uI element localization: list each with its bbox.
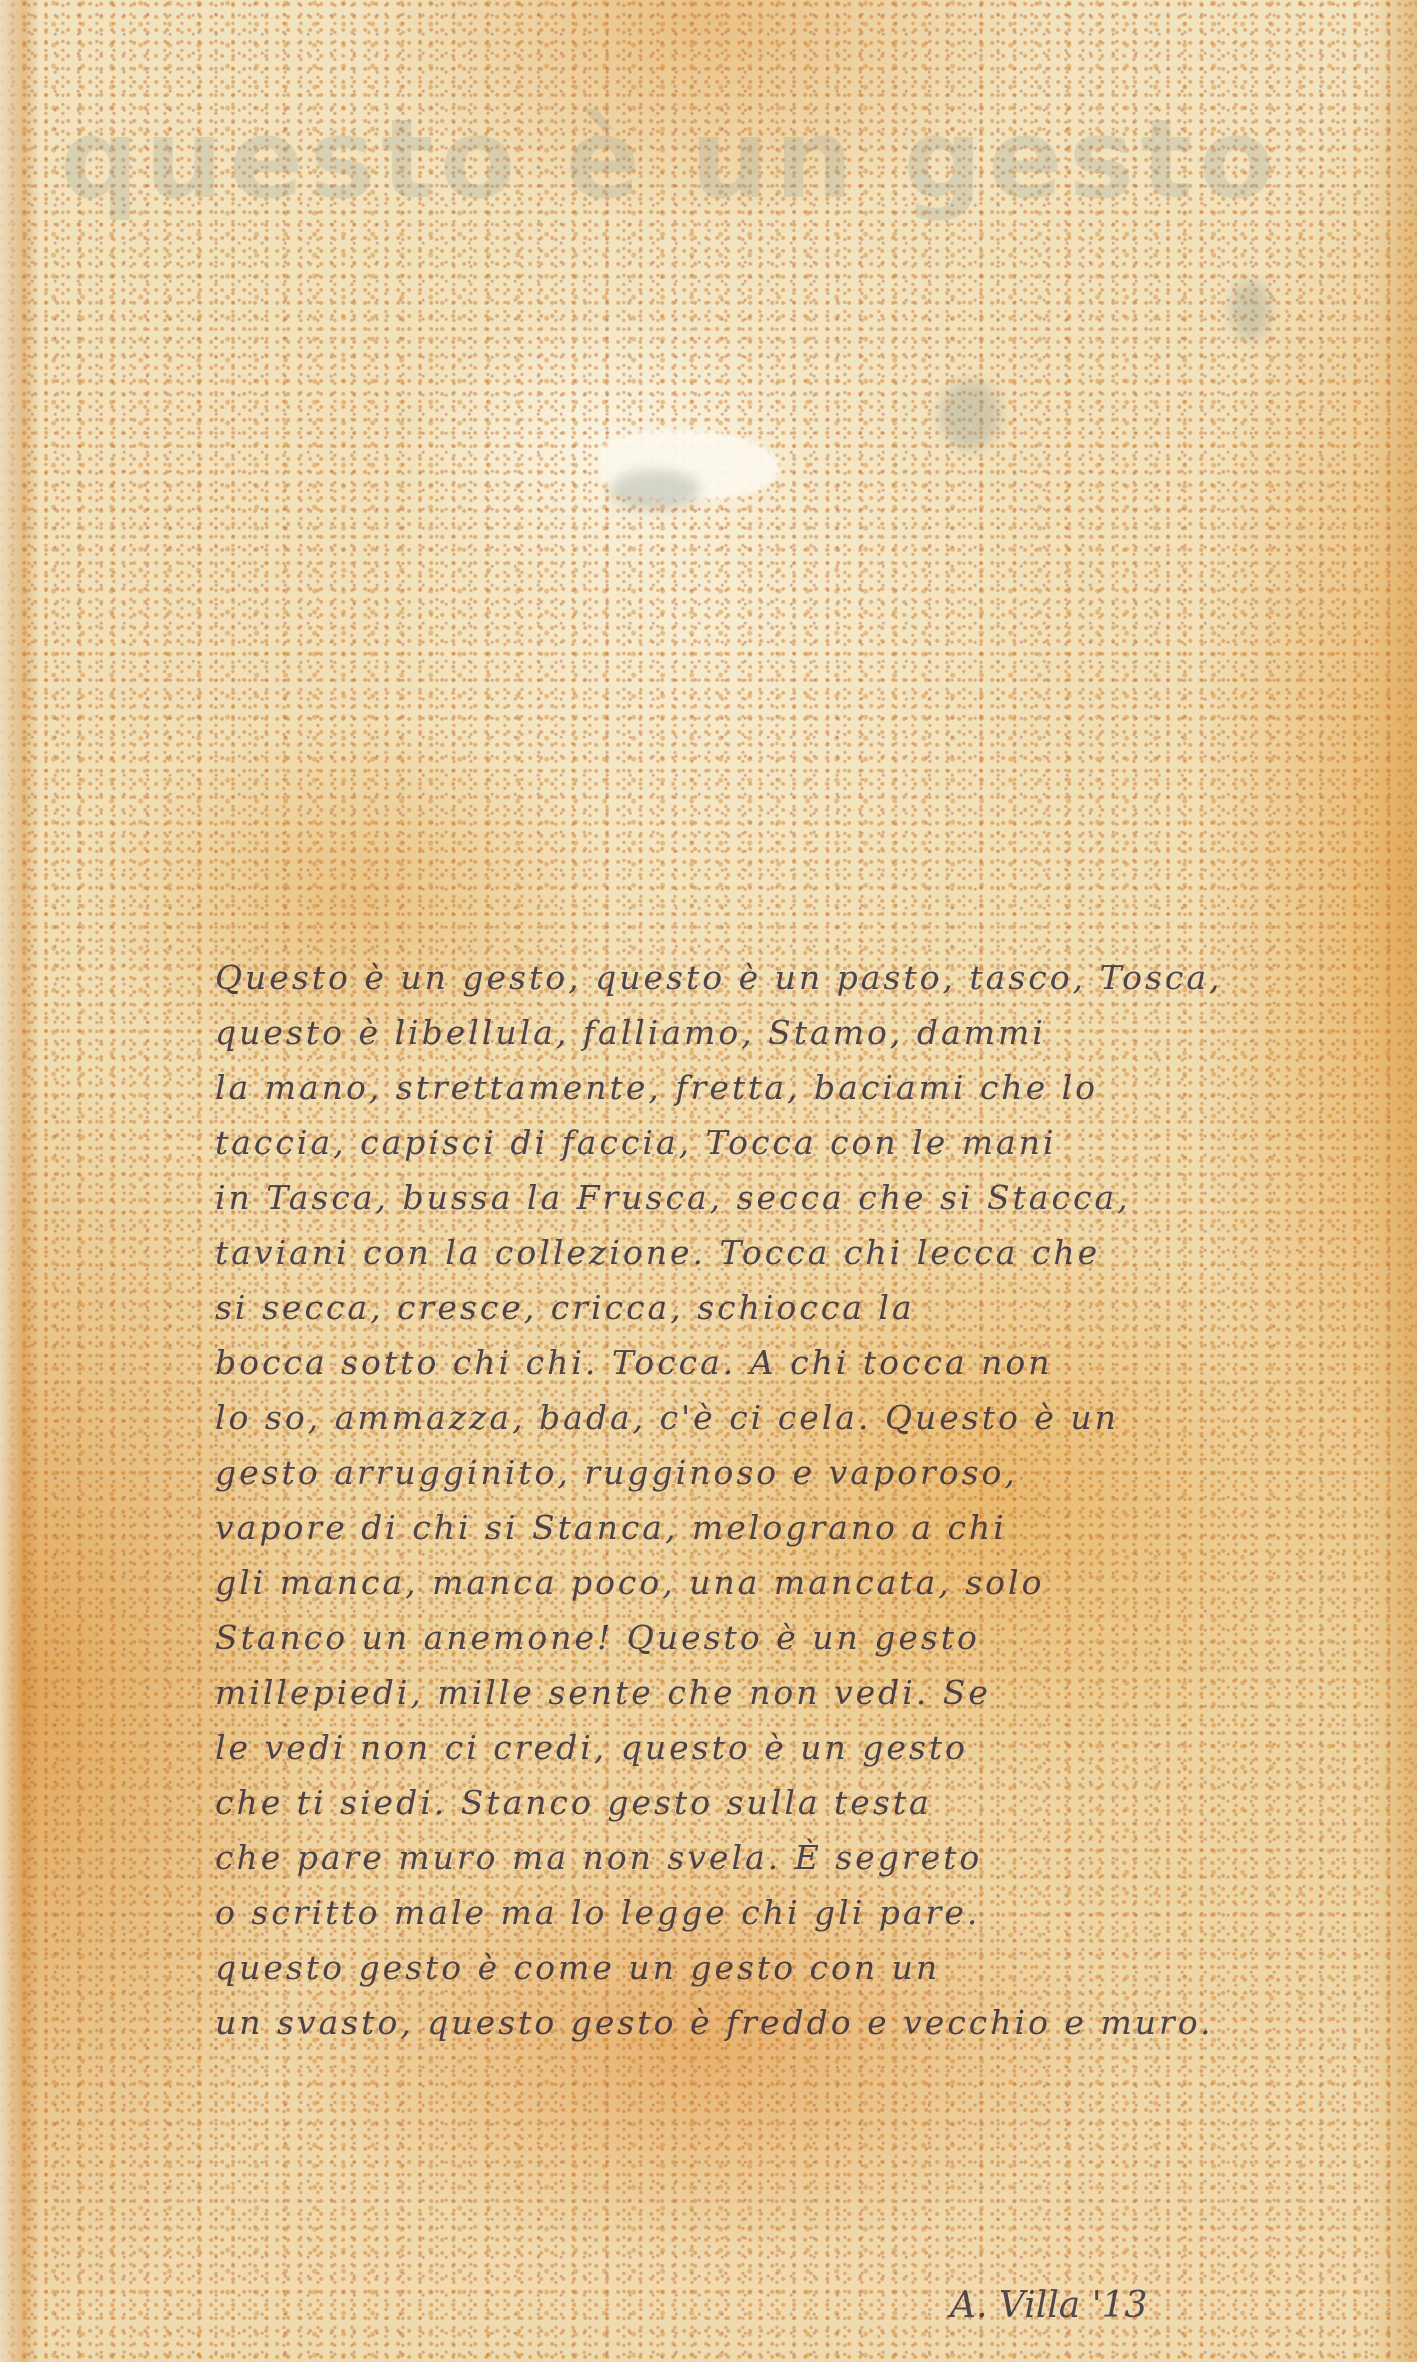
poem-line: questo gesto è come un gesto con un xyxy=(215,1940,1265,1995)
poem-line: millepiedi, mille sente che non vedi. Se xyxy=(215,1665,1265,1720)
faded-stencil-title: questo è un gesto xyxy=(60,95,1280,223)
poem-line: bocca sotto chi chi. Tocca. A chi tocca … xyxy=(215,1335,1265,1390)
poem-line: questo è libellula, falliamo, Stamo, dam… xyxy=(215,1005,1265,1060)
right-edge-stain xyxy=(1367,0,1417,2362)
handwritten-poem: Questo è un gesto, questo è un pasto, ta… xyxy=(215,950,1265,2050)
poem-line: Questo è un gesto, questo è un pasto, ta… xyxy=(215,950,1265,1005)
left-edge-stain xyxy=(0,0,40,2362)
poem-line: che pare muro ma non svela. È segreto xyxy=(215,1830,1265,1885)
poem-line: lo so, ammazza, bada, c'è ci cela. Quest… xyxy=(215,1390,1265,1445)
poem-line: Stanco un anemone! Questo è un gesto xyxy=(215,1610,1265,1665)
poem-line: in Tasca, bussa la Frusca, secca che si … xyxy=(215,1170,1265,1225)
poem-line: gesto arrugginito, rugginoso e vaporoso, xyxy=(215,1445,1265,1500)
poem-line: o scritto male ma lo legge chi gli pare. xyxy=(215,1885,1265,1940)
poem-line: la mano, strettamente, fretta, baciami c… xyxy=(215,1060,1265,1115)
grey-stain xyxy=(940,380,1000,450)
poem-line: taccia, capisci di faccia, Tocca con le … xyxy=(215,1115,1265,1170)
poem-line: si secca, cresce, cricca, schiocca la xyxy=(215,1280,1265,1335)
grey-stain xyxy=(610,470,700,510)
poem-line: che ti siedi. Stanco gesto sulla testa xyxy=(215,1775,1265,1830)
poem-line: le vedi non ci credi, questo è un gesto xyxy=(215,1720,1265,1775)
artwork-canvas: questo è un gesto Questo è un gesto, que… xyxy=(0,0,1417,2362)
grey-stain xyxy=(1230,280,1270,340)
poem-line: gli manca, manca poco, una mancata, solo xyxy=(215,1555,1265,1610)
poem-line: taviani con la collezione. Tocca chi lec… xyxy=(215,1225,1265,1280)
artist-signature: A. Villa '13 xyxy=(950,2285,1147,2326)
poem-line: un svasto, questo gesto è freddo e vecch… xyxy=(215,1995,1265,2050)
poem-line: vapore di chi si Stanca, melograno a chi xyxy=(215,1500,1265,1555)
